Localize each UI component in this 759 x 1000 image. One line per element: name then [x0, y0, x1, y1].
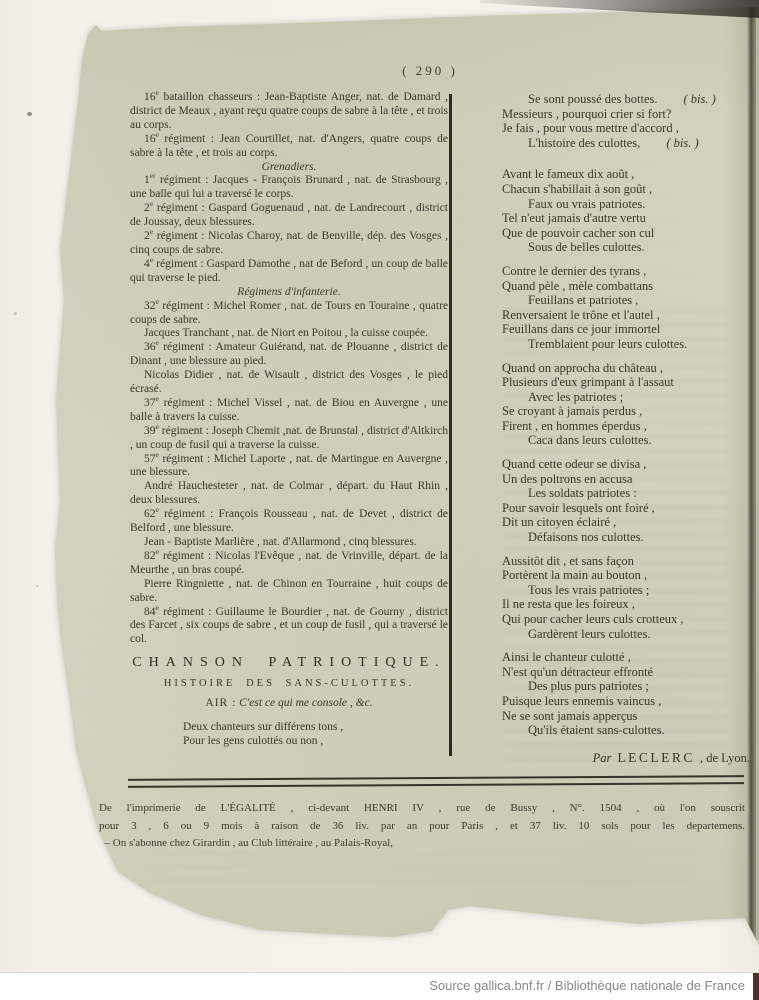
vline: Tremblaient pour leurs culottes.	[502, 337, 752, 352]
vline: Gardèrent leurs culottes.	[502, 627, 752, 642]
vline: Quand pèle , mèle combattans	[502, 279, 752, 294]
vline: Feuillans dans ce jour immortel	[502, 322, 752, 337]
entry: 36e régiment : Amateur Guiérand, nat. de…	[130, 341, 448, 369]
vline: Renversaient le trône et l'autel ,	[502, 308, 752, 323]
verse: Pour les gens culottés ou non ,	[130, 735, 448, 749]
paper-speck	[36, 585, 39, 587]
air: AIR : C'est ce qui me console , &c.	[130, 697, 448, 711]
vline: Aussitôt dit , et sans façon	[502, 554, 752, 569]
entry: Pierre Ringniette , nat. de Chinon en To…	[130, 578, 448, 606]
entry: 32e régiment : Michel Romer , nat. de To…	[130, 300, 448, 328]
gap	[502, 255, 752, 264]
paper-speck	[14, 312, 17, 315]
byline-par: Par	[593, 751, 612, 765]
paper-speck	[27, 112, 32, 116]
vline: Feuillans et patriotes ,	[502, 293, 752, 308]
entry: 1er régiment : Jacques - François Brunar…	[130, 174, 448, 202]
section: Régimens d'infanterie.	[130, 286, 448, 300]
gap	[502, 641, 752, 650]
vline: Portèrent la main au bouton ,	[502, 568, 752, 583]
imprint-last: — On s'abonne chez Girardin , au Club li…	[99, 835, 745, 853]
vline: Ainsi le chanteur culotté ,	[502, 650, 752, 665]
vline: Caca dans leurs culottes.	[502, 433, 752, 448]
entry: 37e régiment : Michel Vissel , nat. de B…	[130, 397, 448, 425]
ink-bleedthrough-bottom	[150, 852, 690, 886]
vline: Que de pouvoir cacher son cul	[502, 226, 752, 241]
gap-lg	[502, 150, 752, 167]
entry: Nicolas Didier , nat. de Wisault , distr…	[130, 369, 448, 397]
entry: 39e régiment : Joseph Chemit ,nat. de Br…	[130, 425, 448, 453]
vline: Se sont poussé des bottes.( bis. )	[502, 92, 752, 107]
entry: 57e régiment : Michel Laporte , nat. de …	[130, 453, 448, 481]
scanned-newspaper-page: ( 290 ) 16e bataillon chasseurs : Jean-B…	[0, 0, 759, 1000]
entry: 4e régiment : Gaspard Damothe , nat de B…	[130, 258, 448, 286]
verse: Deux chanteurs sur différens tons ,	[130, 721, 448, 735]
vline: Puisque leurs ennemis vaincus ,	[502, 694, 752, 709]
vline: Qu'ils étaient sans-culottes.	[502, 723, 752, 738]
vline: Plusieurs d'eux grimpant à l'assaut	[502, 375, 752, 390]
entry: Jean - Baptiste Marlière , nat. d'Allarm…	[130, 536, 448, 550]
footer-double-rule	[128, 775, 744, 788]
vline: Pour savoir lesquels ont foiré ,	[502, 501, 752, 516]
vline: Défaisons nos culottes.	[502, 530, 752, 545]
imprint-line: De l'imprimerie de L'ÉGALITÉ , ci-devant…	[99, 800, 745, 818]
vline: Contre le dernier des tyrans ,	[502, 264, 752, 279]
gap	[502, 448, 752, 457]
vline: Ne se sont jamais apperçus	[502, 709, 752, 724]
newspaper-sheet: ( 290 ) 16e bataillon chasseurs : Jean-B…	[0, 0, 759, 1000]
entry: 84e régiment : Guillaume le Bourdier , n…	[130, 606, 448, 648]
vline: Se croyant à jamais perdus ,	[502, 404, 752, 419]
printer-imprint: De l'imprimerie de L'ÉGALITÉ , ci-devant…	[99, 800, 745, 853]
gap	[502, 545, 752, 554]
entry: 16e bataillon chasseurs : Jean-Baptiste …	[130, 91, 448, 133]
vline: Sous de belles culottes.	[502, 240, 752, 255]
vline: Tel n'eut jamais d'autre vertu	[502, 211, 752, 226]
vline: Avec les patriotes ;	[502, 390, 752, 405]
left-column: 16e bataillon chasseurs : Jean-Baptiste …	[130, 91, 448, 749]
byline: ParLECLERC , de Lyon.	[460, 750, 750, 766]
gallica-source-bar: Source gallica.bnf.fr / Bibliothèque nat…	[0, 972, 759, 1000]
gap	[502, 352, 752, 361]
vline: Chacun s'habillait à son goût ,	[502, 182, 752, 197]
vline: Avant le fameux dix août ,	[502, 167, 752, 182]
entry: 62e régiment : François Rousseau , nat. …	[130, 508, 448, 536]
entry: 2e régiment : Gaspard Goguenaud , nat. d…	[130, 202, 448, 230]
page-number: ( 290 )	[300, 63, 560, 79]
vline: Qui pour cacher leurs culs crotteux ,	[502, 612, 752, 627]
entry: 82e régiment : Nicolas l'Evêque , nat. d…	[130, 550, 448, 578]
section: Grenadiers.	[130, 161, 448, 175]
column-divider-rule	[449, 94, 452, 756]
vline: Quand cette odeur se divisa ,	[502, 457, 752, 472]
vline: N'est qu'un détracteur effronté	[502, 665, 752, 680]
vline: Je fais , pour vous mettre d'accord ,	[502, 121, 752, 136]
paper-wrap: ( 290 ) 16e bataillon chasseurs : Jean-B…	[0, 0, 759, 1000]
vline: Un des poltrons en accusa	[502, 472, 752, 487]
imprint-line: pour 3 , 6 ou 9 mois à raison de 36 liv.…	[99, 818, 745, 836]
vline: Tous les vrais patriotes ;	[502, 583, 752, 598]
vline: Dit un citoyen éclairé ,	[502, 515, 752, 530]
vline: Des plus purs patriotes ;	[502, 679, 752, 694]
vline: L'histoire des culottes,( bis. )	[502, 136, 752, 151]
vline: Faux ou vrais patriotes.	[502, 197, 752, 212]
vline: Les soldats patriotes :	[502, 486, 752, 501]
byline-suffix: , de Lyon.	[700, 751, 750, 765]
title: CHANSON PATRIOTIQUE.	[130, 656, 448, 670]
entry: Jacques Tranchant , nat. de Niort en Poi…	[130, 327, 448, 341]
byline-author-name: LECLERC	[617, 750, 695, 765]
subtitle: HISTOIRE DES SANS-CULOTTES.	[130, 677, 448, 691]
right-column: Se sont poussé des bottes.( bis. )Messie…	[502, 92, 752, 738]
page-edge-sliver	[753, 973, 759, 1000]
entry: 16e régiment : Jean Courtillet, nat. d'A…	[130, 133, 448, 161]
entry: André Hauchesteter , nat. de Colmar , dé…	[130, 480, 448, 508]
source-attribution-text: Source gallica.bnf.fr / Bibliothèque nat…	[429, 978, 745, 993]
vline: Il ne resta que les foireux ,	[502, 597, 752, 612]
vline: Messieurs , pourquoi crier si fort?	[502, 107, 752, 122]
vline: Firent , en hommes éperdus ,	[502, 419, 752, 434]
entry: 2e régiment : Nicolas Charoy, nat. de Be…	[130, 230, 448, 258]
vline: Quand on approcha du château ,	[502, 361, 752, 376]
